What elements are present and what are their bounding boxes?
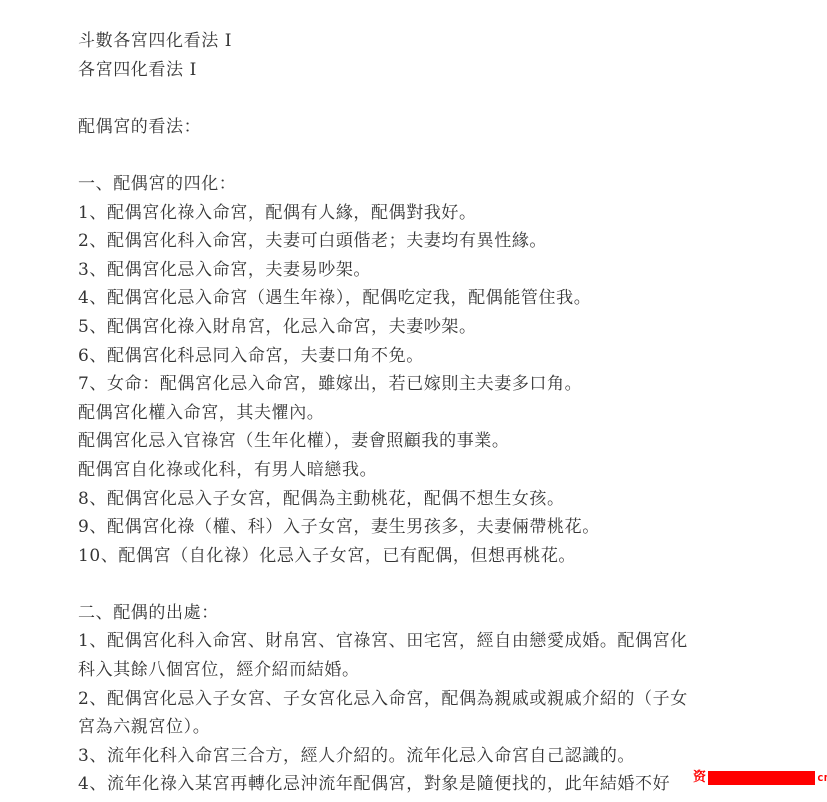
section-heading: 配偶宮的看法： [78,113,778,142]
list-item: 2、配偶宮化忌入子女宮、子女宮化忌入命宮，配偶為親戚或親戚介紹的（子女 [78,685,778,714]
document-subtitle: 各宮四化看法 I [78,56,778,85]
spacer [78,84,778,113]
spacer [78,570,778,599]
document-body: 斗數各宮四化看法 I 各宮四化看法 I 配偶宮的看法： 一、配偶宮的四化： 1、… [78,27,778,799]
list-item: 4、配偶宮化忌入命宮（遇生年祿），配偶吃定我，配偶能管住我。 [78,284,778,313]
watermark-lead-char: 资 [693,771,706,785]
section-title: 二、配偶的出處： [78,599,778,628]
list-item: 配偶宮自化祿或化科，有男人暗戀我。 [78,456,778,485]
list-item: 7、女命：配偶宮化忌入命宮，雖嫁出，若已嫁則主夫妻多口角。 [78,370,778,399]
list-item: 10、配偶宮（自化祿）化忌入子女宮，已有配偶，但想再桃花。 [78,542,778,571]
list-item: 8、配偶宮化忌入子女宮，配偶為主動桃花，配偶不想生女孩。 [78,485,778,514]
watermark: 资 cn [693,771,827,785]
list-item: 宮為六親宮位）。 [78,713,778,742]
list-item: 3、配偶宮化忌入命宮，夫妻易吵架。 [78,256,778,285]
section-spouse-origin: 二、配偶的出處： 1、配偶宮化科入命宮、財帛宮、官祿宮、田宅宮，經自由戀愛成婚。… [78,599,778,799]
list-item: 1、配偶宮化科入命宮、財帛宮、官祿宮、田宅宮，經自由戀愛成婚。配偶宮化 [78,627,778,656]
spacer [78,141,778,170]
watermark-redaction-bar [708,771,815,785]
list-item: 3、流年化科入命宮三合方，經人介紹的。流年化忌入命宮自己認識的。 [78,742,778,771]
section-four-transformations: 一、配偶宮的四化： 1、配偶宮化祿入命宮，配偶有人緣，配偶對我好。 2、配偶宮化… [78,170,778,570]
list-item: 配偶宮化權入命宮，其夫懼內。 [78,399,778,428]
document-title: 斗數各宮四化看法 I [78,27,778,56]
list-item: 配偶宮化忌入官祿宮（生年化權），妻會照顧我的事業。 [78,427,778,456]
list-item: 1、配偶宮化祿入命宮，配偶有人緣，配偶對我好。 [78,199,778,228]
section-title: 一、配偶宮的四化： [78,170,778,199]
list-item: 4、流年化祿入某宮再轉化忌沖流年配偶宮，對象是隨便找的，此年結婚不好 [78,770,778,799]
list-item: 6、配偶宮化科忌同入命宮，夫妻口角不免。 [78,342,778,371]
list-item: 科入其餘八個宮位，經介紹而結婚。 [78,656,778,685]
list-item: 5、配偶宮化祿入財帛宮，化忌入命宮，夫妻吵架。 [78,313,778,342]
list-item: 2、配偶宮化科入命宮，夫妻可白頭偕老；夫妻均有異性緣。 [78,227,778,256]
list-item: 9、配偶宮化祿（權、科）入子女宮，妻生男孩多，夫妻倆帶桃花。 [78,513,778,542]
watermark-tail-text: cn [817,771,827,785]
